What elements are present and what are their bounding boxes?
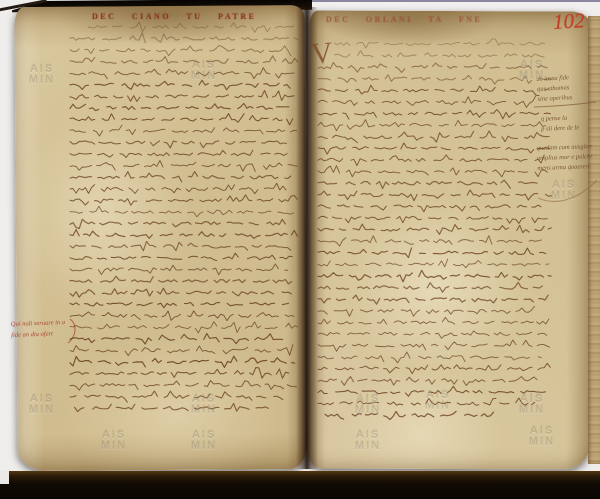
handwritten-text-line: [318, 259, 549, 268]
handwritten-text-line: [318, 331, 547, 339]
handwritten-text-line: [70, 183, 286, 194]
handwritten-text-line: [325, 411, 494, 419]
handwritten-text-line: [70, 303, 289, 308]
handwritten-text-line: [70, 368, 289, 379]
handwritten-text-line: [70, 141, 286, 148]
margin-note-line: sine operibus: [537, 93, 572, 105]
handwritten-text-line: [70, 206, 293, 217]
handwritten-text-line: [70, 68, 294, 79]
handwritten-text-line: [318, 205, 541, 212]
handwritten-text-line: [70, 125, 297, 136]
handwritten-text-line: [70, 45, 291, 55]
handwritten-text-line: [318, 180, 537, 188]
handwritten-text-line: [318, 270, 551, 281]
handwritten-text-line: [70, 381, 297, 391]
handwritten-text-line: [70, 91, 294, 102]
bottom-table-band: [0, 471, 600, 499]
margin-note-line: mens arma quaerere: [537, 162, 593, 174]
handwritten-text-line: [318, 216, 547, 223]
handwritten-text-line: [88, 22, 294, 33]
handwritten-text-line: [70, 334, 283, 345]
handwritten-text-line: [318, 352, 541, 363]
handwritten-text-line: [70, 264, 288, 275]
handwritten-text-line: [70, 150, 287, 157]
handwritten-text-line: [318, 248, 546, 258]
handwritten-text-line: [318, 340, 550, 351]
handwritten-text-line: [70, 114, 293, 125]
handwritten-text-line: [318, 224, 551, 234]
handwritten-text-line: [70, 172, 291, 182]
handwritten-text-line: [70, 253, 292, 260]
handwritten-text-line: [70, 219, 285, 228]
handwritten-text-line: [318, 120, 546, 131]
handwritten-text-line: [318, 143, 549, 154]
handwritten-text-line: [318, 398, 535, 405]
handwritten-text-line: [70, 288, 291, 297]
handwritten-text-line: [318, 96, 536, 107]
red-note-bracket-flourish: [68, 319, 75, 343]
handwritten-text-line: [318, 386, 546, 396]
margin-note-1: de iussu fide que sthomas sine operibus: [536, 73, 572, 105]
handwriting-layer: [0, 0, 600, 499]
handwritten-text-line: [318, 85, 548, 95]
handwritten-text-line: [318, 306, 534, 316]
margin-swoosh-flourish: [538, 180, 597, 201]
handwritten-text-line: [70, 161, 297, 172]
handwritten-text-line: [70, 80, 290, 90]
running-title-right: DEC ORLANI TA FNE: [326, 15, 482, 24]
handwritten-text-line: [318, 155, 544, 166]
bottom-left-backdrop-notch: [0, 471, 9, 484]
margin-note-line: p sii dere de le: [541, 123, 579, 134]
handwritten-text-line: [70, 345, 293, 356]
handwritten-text-line: [318, 377, 537, 386]
handwritten-text-line: [318, 236, 541, 246]
handwritten-text-line: [318, 190, 552, 201]
margin-note-2: q pense la p sii dere de le: [541, 113, 580, 134]
handwritten-text-line: [75, 404, 269, 412]
folio-number: 102: [552, 8, 585, 35]
handwritten-text-line: [70, 56, 298, 63]
handwritten-text-line: [70, 276, 292, 284]
handwritten-text-line: [70, 33, 297, 43]
handwritten-text-line: [334, 51, 544, 58]
red-margin-note: Qui noli seruare in a fide an dia ofert: [11, 317, 66, 341]
handwritten-text-line: [318, 75, 552, 84]
handwritten-text-line: [318, 131, 549, 143]
handwritten-text-line: [318, 295, 548, 304]
handwritten-text-line: [70, 391, 283, 402]
handwritten-text-line: [318, 282, 542, 292]
handwritten-text-line: [70, 230, 297, 239]
handwritten-text-line: [70, 241, 291, 250]
handwritten-text-line: [70, 195, 297, 205]
handwritten-text-line: [318, 63, 547, 73]
handwritten-text-line: [318, 110, 550, 120]
handwritten-text-line: [318, 317, 549, 324]
manuscript-photo: DEC CIANO TU PATRE DEC ORLANI TA FNE 102…: [0, 0, 600, 499]
handwritten-text-line: [70, 311, 294, 321]
margin-note-3: quedam cum ausgiter amplius mor e pulchr…: [536, 142, 593, 174]
running-title-left: DEC CIANO TU PATRE: [92, 12, 256, 21]
initial-letter: V: [310, 39, 334, 69]
handwritten-text-line: [70, 322, 298, 333]
handwritten-text-line: [70, 103, 289, 110]
handwritten-text-line: [334, 39, 544, 49]
handwritten-text-line: [318, 166, 547, 177]
handwritten-text-line: [70, 356, 295, 367]
red-margin-note-line: fide an dia ofert: [11, 328, 66, 341]
handwritten-text-line: [318, 363, 550, 373]
